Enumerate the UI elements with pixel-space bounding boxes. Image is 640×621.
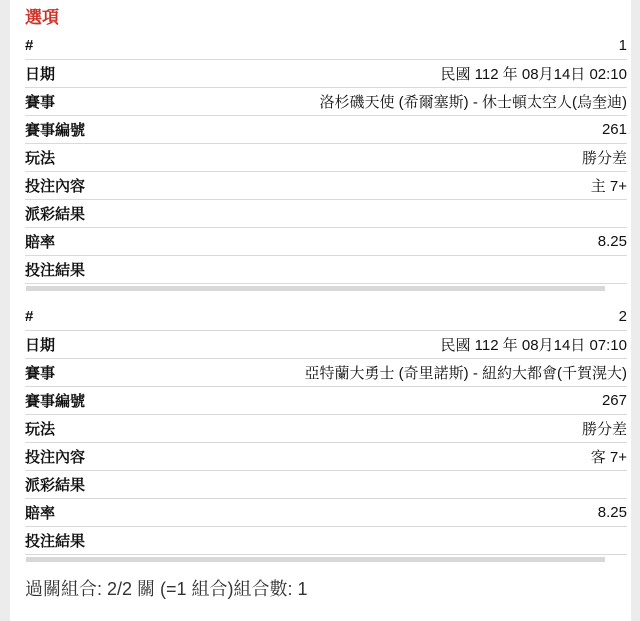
row-bet-result: 投注結果: [25, 527, 627, 555]
row-label: 玩法: [25, 418, 55, 439]
row-label: 賽事: [25, 91, 55, 112]
row-payout-result: 派彩結果: [25, 471, 627, 499]
row-value: 2: [619, 308, 627, 325]
row-event-number: 賽事編號 261: [25, 116, 627, 144]
parlay-summary: 過關組合: 2/2 關 (=1 組合)組合數: 1: [25, 576, 627, 602]
row-label: 賠率: [25, 502, 55, 523]
row-label: 投注結果: [25, 530, 85, 551]
row-label: 賽事編號: [25, 119, 85, 140]
row-index: # 1: [25, 32, 627, 60]
section-divider: [26, 557, 605, 562]
row-date: 日期 民國 112 年 08月14日 07:10: [25, 331, 627, 359]
row-value: 8.25: [598, 504, 627, 521]
row-play-type: 玩法 勝分差: [25, 415, 627, 443]
row-value: 民國 112 年 08月14日 02:10: [441, 63, 628, 84]
row-value: 主 7+: [591, 175, 627, 196]
row-odds: 賠率 8.25: [25, 499, 627, 527]
row-value: 洛杉磯天使 (希爾塞斯) - 休士頓太空人(烏奎迪): [320, 91, 627, 112]
row-bet-content: 投注內容 客 7+: [25, 443, 627, 471]
row-label: 派彩結果: [25, 203, 85, 224]
bet-leg-1: # 1 日期 民國 112 年 08月14日 02:10 賽事 洛杉磯天使 (希…: [25, 32, 627, 291]
row-event: 賽事 亞特蘭大勇士 (奇里諾斯) - 紐約大都會(千賀滉大): [25, 359, 627, 387]
row-value: 勝分差: [582, 418, 627, 439]
row-label: #: [25, 37, 33, 54]
row-value: 勝分差: [582, 147, 627, 168]
bet-leg-2: # 2 日期 民國 112 年 08月14日 07:10 賽事 亞特蘭大勇士 (…: [25, 303, 627, 562]
row-bet-result: 投注結果: [25, 256, 627, 284]
row-label: 投注內容: [25, 446, 85, 467]
row-label: 賽事編號: [25, 390, 85, 411]
row-odds: 賠率 8.25: [25, 228, 627, 256]
row-label: 派彩結果: [25, 474, 85, 495]
bet-detail-panel: 選項 # 1 日期 民國 112 年 08月14日 02:10 賽事 洛杉磯天使…: [10, 0, 631, 621]
row-value: 8.25: [598, 233, 627, 250]
row-label: 日期: [25, 63, 55, 84]
row-payout-result: 派彩結果: [25, 200, 627, 228]
row-date: 日期 民國 112 年 08月14日 02:10: [25, 60, 627, 88]
row-index: # 2: [25, 303, 627, 331]
row-value: 261: [602, 121, 627, 138]
row-value: 客 7+: [591, 446, 627, 467]
row-label: 投注結果: [25, 259, 85, 280]
row-label: 賠率: [25, 231, 55, 252]
row-play-type: 玩法 勝分差: [25, 144, 627, 172]
row-event: 賽事 洛杉磯天使 (希爾塞斯) - 休士頓太空人(烏奎迪): [25, 88, 627, 116]
row-value: 亞特蘭大勇士 (奇里諾斯) - 紐約大都會(千賀滉大): [305, 362, 627, 383]
row-label: 玩法: [25, 147, 55, 168]
row-label: #: [25, 308, 33, 325]
section-gap: [25, 291, 627, 303]
row-value: 267: [602, 392, 627, 409]
row-bet-content: 投注內容 主 7+: [25, 172, 627, 200]
row-event-number: 賽事編號 267: [25, 387, 627, 415]
row-label: 投注內容: [25, 175, 85, 196]
row-label: 賽事: [25, 362, 55, 383]
row-value: 1: [619, 37, 627, 54]
row-value: 民國 112 年 08月14日 07:10: [441, 334, 628, 355]
options-title: 選項: [25, 6, 627, 30]
row-label: 日期: [25, 334, 55, 355]
